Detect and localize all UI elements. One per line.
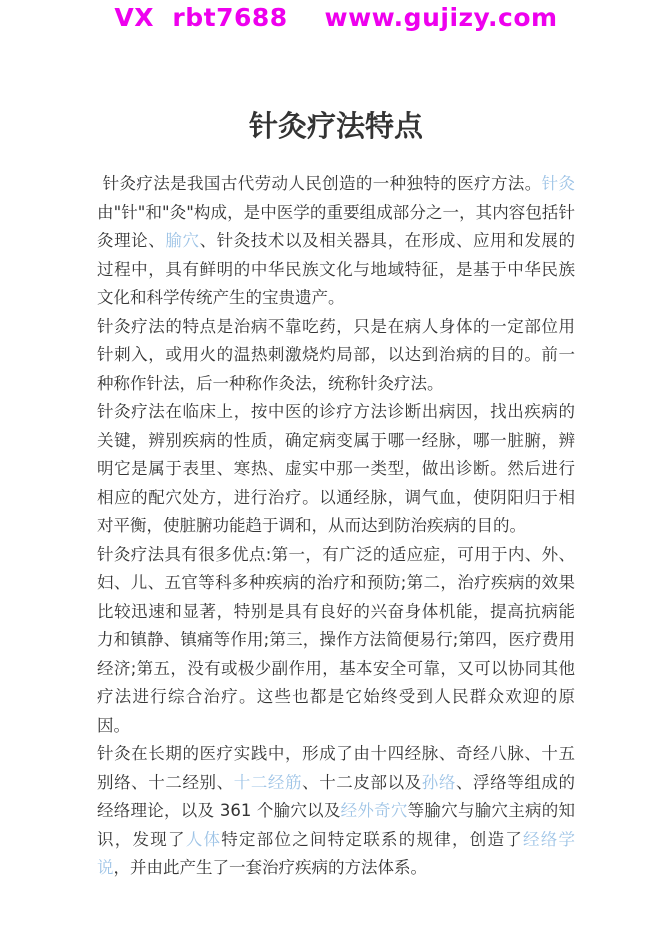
text-run: 针灸疗法的特点是治病不靠吃药，只是在病人身体的一定部位用针刺入，或用火的温热刺激… — [97, 317, 575, 393]
inline-link[interactable]: 孙络 — [422, 773, 456, 792]
paragraph: 针灸疗法具有很多优点:第一，有广泛的适应症，可用于内、外、妇、儿、五官等科多种疾… — [97, 541, 575, 741]
text-run: ，并由此产生了一套治疗疾病的方法体系。 — [114, 858, 428, 877]
article-body: 针灸疗法是我国古代劳动人民创造的一种独特的医疗方法。针灸由"针"和"灸"构成，是… — [97, 170, 575, 883]
watermark-banner: VX rbt7688 www.gujizy.com — [0, 0, 672, 33]
inline-link[interactable]: 人体 — [186, 830, 222, 849]
text-run: 针灸疗法是我国古代劳动人民创造的一种独特的医疗方法。 — [97, 174, 542, 193]
inline-link[interactable]: 针灸 — [542, 174, 575, 193]
paragraph: 针灸疗法在临床上，按中医的诊疗方法诊断出病因，找出疾病的关键，辨别疾病的性质，确… — [97, 398, 575, 541]
paragraph: 针灸疗法的特点是治病不靠吃药，只是在病人身体的一定部位用针刺入，或用火的温热刺激… — [97, 313, 575, 399]
paragraph: 针灸疗法是我国古代劳动人民创造的一种独特的医疗方法。针灸由"针"和"灸"构成，是… — [97, 170, 575, 313]
article-title: 针灸疗法特点 — [97, 109, 575, 143]
text-run: 针灸疗法具有很多优点:第一，有广泛的适应症，可用于内、外、妇、儿、五官等科多种疾… — [97, 545, 575, 735]
article-content: 针灸疗法特点 针灸疗法是我国古代劳动人民创造的一种独特的医疗方法。针灸由"针"和… — [97, 109, 575, 883]
paragraph: 针灸在长期的医疗实践中，形成了由十四经脉、奇经八脉、十五别络、十二经别、十二经筋… — [97, 740, 575, 883]
inline-link[interactable]: 腧穴 — [165, 231, 199, 250]
text-run: 、十二皮部以及 — [302, 773, 422, 792]
inline-link[interactable]: 十二经筋 — [234, 773, 302, 792]
text-run: 特定部位之间特定联系的规律，创造了 — [221, 830, 523, 849]
document-page: VX rbt7688 www.gujizy.com 针灸疗法特点 针灸疗法是我国… — [0, 0, 672, 883]
text-run: 针灸疗法在临床上，按中医的诊疗方法诊断出病因，找出疾病的关键，辨别疾病的性质，确… — [97, 402, 575, 535]
inline-link[interactable]: 经外奇穴 — [341, 801, 408, 820]
